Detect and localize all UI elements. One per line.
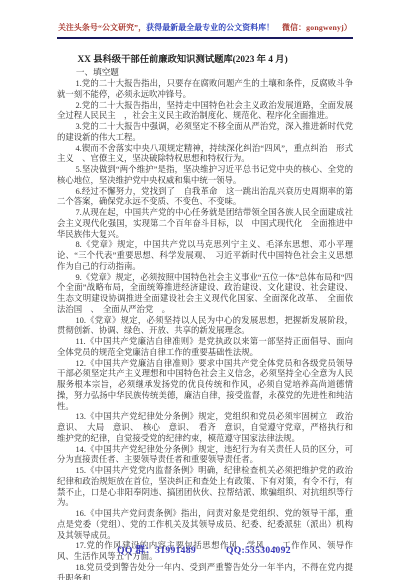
question-item: 16.《中国共产党问责条例》指出，问责对象是党组织、党的领导干部，重点是党委（党… [57,509,353,541]
question-item: 2.党的二十大报告指出，坚持走中国特色社会主义政治发展道路，全面发展 全过程人民… [57,101,353,123]
question-item: 5.坚决做到“两个维护”是指，坚决维护习近平总书记党中央的核心、全党的核心地位，… [57,165,353,187]
question-item: 1.党的二十大报告指出，只要存在腐败问题产生的土壤和条件，反腐败斗争就一刻不能停… [57,79,353,101]
question-item: 15.《中国共产党党内监督条例》明确，纪律检查机关必须把维护党的政治纪律和政治规… [57,466,353,509]
promo-header-wechat-text: 微信：gongwenyj） [274,23,352,32]
question-item: 6.经过不懈努力，党找到了 自我革命 这一跳出治乱兴衰历史周期率的第二个答案，确… [57,187,353,209]
qq-group-text: QQ 群：31991489 [117,545,196,556]
promo-header-text-red: 关注头条号“公文研究”， [58,23,146,32]
question-item: 7.从现在起，中国共产党的中心任务就是团结带领全国各族人民全面建成社会主义现代化… [57,208,353,240]
question-item: 14.《中国共产党纪律处分条例》规定，违纪行为有关责任人员的区分，可分为直接责任… [57,445,353,467]
section-heading-fill-blank: 一、填空题 [57,66,353,78]
promo-header-text-blue: 获得最新最全最专业的公文资料库！ [146,23,274,32]
document-title: XX 县科级干部任前廉政知识测试题库(2023 年 4 月) [57,54,353,66]
question-item: 3.党的二十大报告中强调，必须坚定不移全面从严治党，深入推进新时代党的建设新的伟… [57,122,353,144]
document-page: 关注头条号“公文研究”，获得最新最全最专业的公文资料库！ 微信：gongweny… [0,0,408,580]
question-item: 4.锲而不舍落实中央八项规定精神，持续深化纠治“四风”，重点纠治 形式主义 、官… [57,144,353,166]
question-list: 1.党的二十大报告指出，只要存在腐败问题产生的土壤和条件，反腐败斗争就一刻不能停… [57,79,353,580]
qq-number-text: QQ:535304092 [226,545,291,556]
question-item: 13.《中国共产党纪律处分条例》规定，党组织和党员必须牢固树立 政治 意识、 大… [57,412,353,444]
question-item: 10.《党章》规定，必须坚持以人民为中心的发展思想，把握新发展阶段，贯彻创新、协… [57,316,353,338]
question-item: 18.党员受到警告处分一年内、受到严重警告处分一年半内，不得在党内提升职务和 [57,563,353,580]
question-item: 12.《中国共产党廉洁自律准则》要求中国共产党全体党员和各级党员领导干部必须坚定… [57,359,353,413]
promo-footer: QQ 群：31991489QQ:535304092 [0,542,408,556]
question-item: 9.《党章》规定，必须按照中国特色社会主义事业“五位一体”总体布局和“四个全面”… [57,273,353,316]
question-item: 11.《中国共产党廉洁自律准则》是党执政以来第一部坚持正面倡导、面向全体党员的规… [57,337,353,359]
promo-header-banner: 关注头条号“公文研究”，获得最新最全最专业的公文资料库！ 微信：gongweny… [57,22,353,39]
page-content: 关注头条号“公文研究”，获得最新最全最专业的公文资料库！ 微信：gongweny… [57,22,353,580]
question-item: 8.《党章》规定，中国共产党以马克思列宁主义、毛泽东思想、邓小平理论、“三个代表… [57,240,353,272]
